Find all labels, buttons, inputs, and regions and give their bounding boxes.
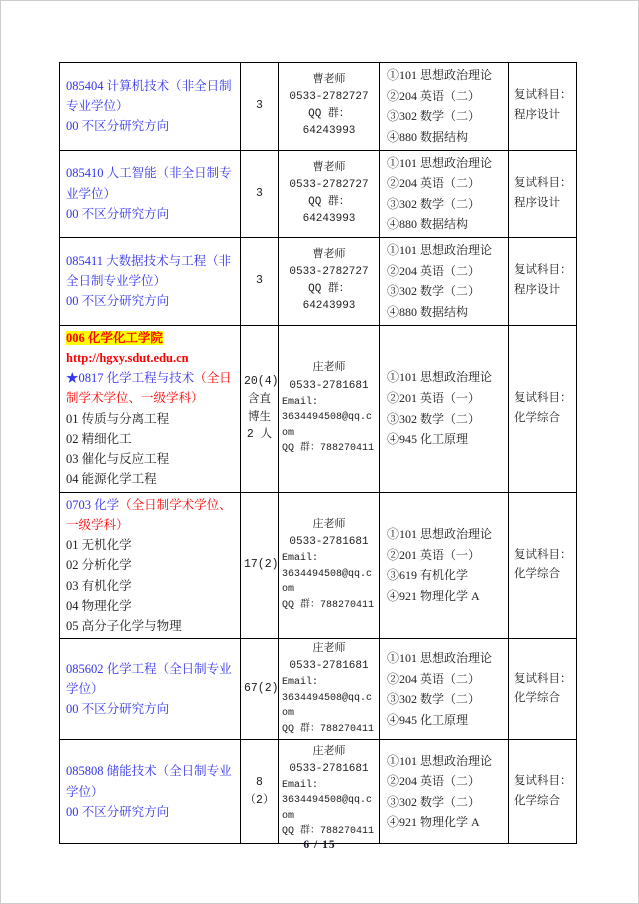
program-line: 03 有机化学 (66, 576, 236, 596)
program-line: 00 不区分研究方向 (66, 291, 236, 311)
program-text: 04 物理化学 (66, 599, 132, 613)
contact-line: 0533-2781681 (282, 534, 376, 551)
program-cell: 085410 人工智能（非全日制专业学位）00 不区分研究方向 (60, 150, 241, 238)
table-row: 085411 大数据技术与工程（非全日制专业学位）00 不区分研究方向3曹老师0… (60, 238, 577, 326)
retest-line: 化学综合 (514, 689, 573, 709)
program-text: 00 不区分研究方向 (66, 702, 169, 716)
exam-subject-line: ②204 英语（二） (387, 261, 505, 282)
contact-line: QQ 群：788270411 (282, 824, 376, 840)
contact-line: QQ 群：788270411 (282, 598, 376, 614)
program-text: 085404 计算机技术（非全日制专业学位） (66, 79, 232, 113)
exam-subject-line: ③302 数学（二） (387, 689, 505, 710)
quota-value: 3 (244, 97, 275, 115)
program-line: 03 催化与反应工程 (66, 449, 236, 469)
table-row: 085602 化学工程（全日制专业学位）00 不区分研究方向67(2)庄老师05… (60, 639, 577, 740)
contact-line: 64243993 (282, 211, 376, 228)
contact-line: QQ 群：788270411 (282, 441, 376, 457)
quota-cell: 8（2） (241, 740, 279, 844)
program-cell: 085404 计算机技术（非全日制专业学位）00 不区分研究方向 (60, 63, 241, 151)
program-line: 01 传质与分离工程 (66, 409, 236, 429)
retest-line: 程序设计 (514, 194, 573, 214)
retest-line: 化学综合 (514, 409, 573, 429)
table-row: 006 化学化工学院http://hgxy.sdut.edu.cn★0817 化… (60, 325, 577, 492)
exam-subject-line: ④921 物理化学 A (387, 812, 505, 833)
contact-line: 0533-2781681 (282, 378, 376, 395)
program-cell: 085411 大数据技术与工程（非全日制专业学位）00 不区分研究方向 (60, 238, 241, 326)
exam-subjects-cell: ①101 思想政治理论②204 英语（二）③302 数学（二）④880 数据结构 (380, 238, 509, 326)
page-number: 6 / 15 (1, 839, 638, 851)
contact-line: 3634494508@qq.com (282, 793, 376, 824)
exam-subject-line: ③302 数学（二） (387, 281, 505, 302)
exam-subjects-cell: ①101 思想政治理论②204 英语（二）③302 数学（二）④945 化工原理 (380, 639, 509, 740)
exam-subject-line: ③619 有机化学 (387, 565, 505, 586)
quota-value: 2 人 (244, 426, 275, 444)
retest-line: 复试科目： (514, 772, 573, 792)
table-row: 085404 计算机技术（非全日制专业学位）00 不区分研究方向3曹老师0533… (60, 63, 577, 151)
exam-subject-line: ①101 思想政治理论 (387, 367, 505, 388)
program-text: 085602 化学工程（全日制专业学位） (66, 662, 232, 696)
exam-subject-line: ③302 数学（二） (387, 409, 505, 430)
retest-cell: 复试科目：化学综合 (509, 639, 577, 740)
contact-line: 曹老师 (282, 72, 376, 89)
exam-subject-line: ①101 思想政治理论 (387, 648, 505, 669)
program-line: 04 物理化学 (66, 596, 236, 616)
contact-line: Email: (282, 778, 376, 794)
exam-subject-line: ②201 英语（一） (387, 388, 505, 409)
program-line: 085404 计算机技术（非全日制专业学位） (66, 76, 236, 117)
contact-line: 64243993 (282, 123, 376, 140)
contact-cell: 庄老师0533-2781681Email:3634494508@qq.comQQ… (279, 492, 380, 639)
contact-line: QQ 群： (282, 194, 376, 211)
retest-line: 复试科目： (514, 86, 573, 106)
contact-cell: 曹老师0533-2782727QQ 群：64243993 (279, 63, 380, 151)
quota-cell: 3 (241, 63, 279, 151)
exam-subjects-cell: ①101 思想政治理论②204 英语（二）③302 数学（二）④880 数据结构 (380, 63, 509, 151)
program-line: 085602 化学工程（全日制专业学位） (66, 659, 236, 700)
contact-cell: 庄老师0533-2781681Email:3634494508@qq.comQQ… (279, 325, 380, 492)
contact-line: QQ 群： (282, 281, 376, 298)
program-text: 006 化学化工学院 (66, 331, 163, 345)
program-text: 085808 储能技术（全日制专业学位） (66, 764, 232, 798)
contact-line: 3634494508@qq.com (282, 691, 376, 722)
program-text: 01 无机化学 (66, 538, 132, 552)
retest-cell: 复试科目：化学综合 (509, 492, 577, 639)
admissions-table: 085404 计算机技术（非全日制专业学位）00 不区分研究方向3曹老师0533… (59, 62, 577, 844)
program-line: 085808 储能技术（全日制专业学位） (66, 761, 236, 802)
contact-line: 0533-2782727 (282, 177, 376, 194)
program-cell: 085808 储能技术（全日制专业学位）00 不区分研究方向 (60, 740, 241, 844)
program-cell: 006 化学化工学院http://hgxy.sdut.edu.cn★0817 化… (60, 325, 241, 492)
contact-line: 0533-2782727 (282, 264, 376, 281)
program-line: 02 精细化工 (66, 429, 236, 449)
exam-subject-line: ④945 化工原理 (387, 710, 505, 731)
program-line: 00 不区分研究方向 (66, 802, 236, 822)
contact-line: 庄老师 (282, 360, 376, 377)
exam-subject-line: ④880 数据结构 (387, 302, 505, 323)
program-text: 02 分析化学 (66, 558, 132, 572)
exam-subject-line: ②204 英语（二） (387, 771, 505, 792)
quota-cell: 67(2) (241, 639, 279, 740)
retest-cell: 复试科目：程序设计 (509, 63, 577, 151)
exam-subject-line: ④945 化工原理 (387, 429, 505, 450)
exam-subject-line: ①101 思想政治理论 (387, 751, 505, 772)
program-line: 00 不区分研究方向 (66, 116, 236, 136)
exam-subject-line: ④880 数据结构 (387, 127, 505, 148)
college-website-link[interactable]: http://hgxy.sdut.edu.cn (66, 351, 189, 365)
program-line: 05 高分子化学与物理 (66, 616, 236, 636)
retest-line: 化学综合 (514, 792, 573, 812)
retest-line: 复试科目： (514, 174, 573, 194)
retest-cell: 复试科目：程序设计 (509, 238, 577, 326)
contact-line: 64243993 (282, 298, 376, 315)
quota-value: 20(4) (244, 373, 275, 391)
contact-line: Email: (282, 675, 376, 691)
quota-cell: 17(2) (241, 492, 279, 639)
contact-line: 庄老师 (282, 641, 376, 658)
exam-subject-line: ②204 英语（二） (387, 669, 505, 690)
contact-line: 庄老师 (282, 744, 376, 761)
contact-line: 曹老师 (282, 160, 376, 177)
program-text: 00 不区分研究方向 (66, 207, 169, 221)
exam-subject-line: ④921 物理化学 A (387, 586, 505, 607)
exam-subject-line: ②204 英语（二） (387, 86, 505, 107)
contact-line: 0533-2781681 (282, 761, 376, 778)
contact-line: 0533-2781681 (282, 658, 376, 675)
program-line: 085410 人工智能（非全日制专业学位） (66, 163, 236, 204)
exam-subject-line: ②204 英语（二） (387, 173, 505, 194)
program-text: 03 有机化学 (66, 579, 132, 593)
exam-subject-line: ③302 数学（二） (387, 194, 505, 215)
retest-cell: 复试科目：化学综合 (509, 325, 577, 492)
quota-value: 3 (244, 185, 275, 203)
program-text: 03 催化与反应工程 (66, 452, 169, 466)
contact-cell: 庄老师0533-2781681Email:3634494508@qq.comQQ… (279, 740, 380, 844)
program-line: 085411 大数据技术与工程（非全日制专业学位） (66, 251, 236, 292)
quota-value: 67(2) (244, 680, 275, 698)
table-row: 085410 人工智能（非全日制专业学位）00 不区分研究方向3曹老师0533-… (60, 150, 577, 238)
program-line: 01 无机化学 (66, 535, 236, 555)
retest-line: 复试科目： (514, 389, 573, 409)
program-line: 02 分析化学 (66, 555, 236, 575)
program-text: 05 高分子化学与物理 (66, 619, 182, 633)
quota-value: 博生 (244, 409, 275, 427)
retest-line: 复试科目： (514, 546, 573, 566)
contact-line: Email: (282, 395, 376, 411)
program-cell: 085602 化学工程（全日制专业学位）00 不区分研究方向 (60, 639, 241, 740)
program-text: 085411 大数据技术与工程（非全日制专业学位） (66, 254, 231, 288)
quota-value: 3 (244, 272, 275, 290)
program-text: ★0817 化学工程与技术 (66, 371, 194, 385)
exam-subject-line: ③302 数学（二） (387, 792, 505, 813)
exam-subject-line: ①101 思想政治理论 (387, 65, 505, 86)
program-text: 01 传质与分离工程 (66, 412, 169, 426)
program-text: 00 不区分研究方向 (66, 294, 169, 308)
program-text: 0703 化学 (66, 498, 119, 512)
retest-cell: 复试科目：程序设计 (509, 150, 577, 238)
quota-value: 8（2） (244, 774, 275, 810)
program-text: 085410 人工智能（非全日制专业学位） (66, 166, 232, 200)
quota-value: 17(2) (244, 556, 275, 574)
program-line: 0703 化学（全日制学术学位、一级学科） (66, 495, 236, 536)
program-line: http://hgxy.sdut.edu.cn (66, 348, 236, 368)
program-cell: 0703 化学（全日制学术学位、一级学科）01 无机化学02 分析化学03 有机… (60, 492, 241, 639)
contact-line: 曹老师 (282, 247, 376, 264)
exam-subject-line: ②201 英语（一） (387, 545, 505, 566)
exam-subject-line: ①101 思想政治理论 (387, 240, 505, 261)
retest-cell: 复试科目：化学综合 (509, 740, 577, 844)
retest-line: 复试科目： (514, 261, 573, 281)
retest-line: 化学综合 (514, 565, 573, 585)
retest-line: 程序设计 (514, 281, 573, 301)
table-row: 085808 储能技术（全日制专业学位）00 不区分研究方向8（2）庄老师053… (60, 740, 577, 844)
program-text: 02 精细化工 (66, 432, 132, 446)
exam-subjects-cell: ①101 思想政治理论②204 英语（二）③302 数学（二）④921 物理化学… (380, 740, 509, 844)
exam-subject-line: ③302 数学（二） (387, 106, 505, 127)
contact-cell: 曹老师0533-2782727QQ 群：64243993 (279, 238, 380, 326)
exam-subject-line: ①101 思想政治理论 (387, 153, 505, 174)
retest-line: 程序设计 (514, 106, 573, 126)
quota-value: 含直 (244, 391, 275, 409)
program-line: 04 能源化学工程 (66, 469, 236, 489)
retest-line: 复试科目： (514, 670, 573, 690)
exam-subject-line: ④880 数据结构 (387, 214, 505, 235)
document-page: 085404 计算机技术（非全日制专业学位）00 不区分研究方向3曹老师0533… (0, 0, 639, 904)
contact-line: 3634494508@qq.com (282, 567, 376, 598)
program-line: 00 不区分研究方向 (66, 699, 236, 719)
program-line: 006 化学化工学院 (66, 328, 236, 348)
quota-cell: 3 (241, 150, 279, 238)
contact-line: 0533-2782727 (282, 89, 376, 106)
contact-line: QQ 群： (282, 106, 376, 123)
program-text: 00 不区分研究方向 (66, 119, 169, 133)
quota-cell: 20(4)含直博生2 人 (241, 325, 279, 492)
program-line: ★0817 化学工程与技术（全日制学术学位、一级学科） (66, 368, 236, 409)
program-text: 00 不区分研究方向 (66, 805, 169, 819)
exam-subjects-cell: ①101 思想政治理论②201 英语（一）③619 有机化学④921 物理化学 … (380, 492, 509, 639)
table-row: 0703 化学（全日制学术学位、一级学科）01 无机化学02 分析化学03 有机… (60, 492, 577, 639)
program-line: 00 不区分研究方向 (66, 204, 236, 224)
contact-cell: 曹老师0533-2782727QQ 群：64243993 (279, 150, 380, 238)
exam-subject-line: ①101 思想政治理论 (387, 524, 505, 545)
program-text: 04 能源化学工程 (66, 472, 157, 486)
exam-subjects-cell: ①101 思想政治理论②201 英语（一）③302 数学（二）④945 化工原理 (380, 325, 509, 492)
contact-line: Email: (282, 551, 376, 567)
contact-line: 3634494508@qq.com (282, 410, 376, 441)
contact-line: QQ 群：788270411 (282, 722, 376, 738)
contact-line: 庄老师 (282, 517, 376, 534)
contact-cell: 庄老师0533-2781681Email:3634494508@qq.comQQ… (279, 639, 380, 740)
exam-subjects-cell: ①101 思想政治理论②204 英语（二）③302 数学（二）④880 数据结构 (380, 150, 509, 238)
quota-cell: 3 (241, 238, 279, 326)
